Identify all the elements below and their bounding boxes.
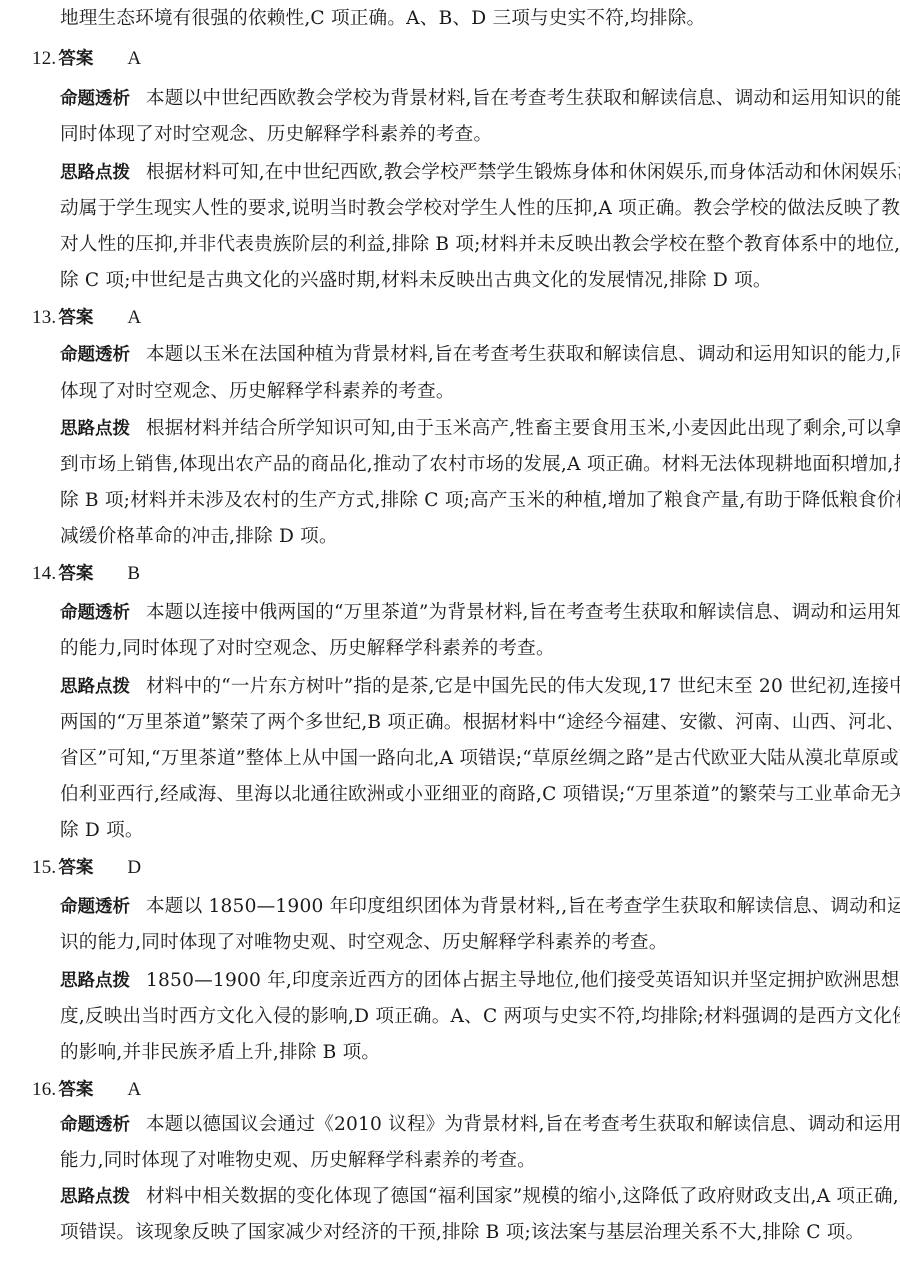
question-number: 12. (32, 48, 56, 69)
hint-label: 思路点拨 (60, 1187, 130, 1207)
answer-choice: A (127, 1079, 141, 1100)
q14-hint-line-5: 除 D 项。 (60, 816, 884, 846)
q15-answer-line: 15.答案D (32, 853, 884, 883)
answer-choice: A (127, 48, 141, 69)
hint-text: 根据材料并结合所学知识可知,由于玉米高产,牲畜主要食用玉米,小麦因此出现了剩余,… (146, 418, 900, 439)
hint-label: 思路点拨 (60, 971, 130, 991)
question-number: 14. (32, 563, 56, 584)
q13-hint-line-2: 到市场上销售,体现出农产品的商品化,推动了农村市场的发展,A 项正确。材料无法体… (60, 450, 884, 480)
q14-answer-line: 14.答案B (32, 559, 884, 589)
answer-choice: B (127, 563, 140, 584)
answer-label: 答案 (58, 564, 93, 584)
q13-analysis-line-2: 体现了对时空观念、历史解释学科素养的考查。 (60, 377, 884, 407)
answer-label: 答案 (58, 49, 93, 69)
analysis-text: 本题以中世纪西欧教会学校为背景材料,旨在考查考生获取和解读信息、调动和运用知识的… (146, 88, 900, 109)
q12-answer-line: 12.答案A (32, 44, 884, 74)
q15-hint-line-1: 思路点拨1850—1900 年,印度亲近西方的团体占据主导地位,他们接受英语知识… (60, 966, 884, 996)
hint-text: 1850—1900 年,印度亲近西方的团体占据主导地位,他们接受英语知识并坚定拥… (146, 970, 900, 991)
q13-hint-line-3: 除 B 项;材料并未涉及农村的生产方式,排除 C 项;高产玉米的种植,增加了粮食… (60, 486, 884, 516)
q12-hint-line-3: 对人性的压抑,并非代表贵族阶层的利益,排除 B 项;材料并未反映出教会学校在整个… (60, 230, 884, 260)
q13-hint-line-1: 思路点拨根据材料并结合所学知识可知,由于玉米高产,牲畜主要食用玉米,小麦因此出现… (60, 414, 884, 444)
question-number: 16. (32, 1079, 56, 1100)
q14-hint-line-3: 省区”可知,“万里茶道”整体上从中国一路向北,A 项错误;“草原丝绸之路”是古代… (60, 744, 884, 774)
q15-analysis-line-1: 命题透析本题以 1850—1900 年印度组织团体为背景材料,,旨在考查学生获取… (60, 892, 884, 922)
q12-analysis-line-2: 同时体现了对时空观念、历史解释学科素养的考查。 (60, 120, 884, 150)
q12-hint-line-1: 思路点拨根据材料可知,在中世纪西欧,教会学校严禁学生锻炼身体和休闲娱乐,而身体活… (60, 158, 884, 188)
answer-key-page: 地理生态环境有很强的依赖性,C 项正确。A、B、D 三项与史实不符,均排除。 1… (0, 0, 900, 1284)
q15-hint-line-3: 的影响,并非民族矛盾上升,排除 B 项。 (60, 1038, 884, 1068)
q12-hint-line-2: 动属于学生现实人性的要求,说明当时教会学校对学生人性的压抑,A 项正确。教会学校… (60, 194, 884, 224)
hint-text: 材料中相关数据的变化体现了德国“福利国家”规模的缩小,这降低了政府财政支出,A … (146, 1186, 900, 1207)
analysis-label: 命题透析 (60, 345, 130, 365)
analysis-text: 本题以德国议会通过《2010 议程》为背景材料,旨在考查考生获取和解读信息、调动… (146, 1114, 900, 1135)
analysis-label: 命题透析 (60, 89, 130, 109)
q13-answer-line: 13.答案A (32, 303, 884, 333)
q15-analysis-line-2: 识的能力,同时体现了对唯物史观、时空观念、历史解释学科素养的考查。 (60, 928, 884, 958)
analysis-label: 命题透析 (60, 1115, 130, 1135)
q12-analysis-line-1: 命题透析本题以中世纪西欧教会学校为背景材料,旨在考查考生获取和解读信息、调动和运… (60, 84, 884, 114)
continuation-line: 地理生态环境有很强的依赖性,C 项正确。A、B、D 三项与史实不符,均排除。 (60, 4, 884, 34)
q14-hint-line-1: 思路点拨材料中的“一片东方树叶”指的是茶,它是中国先民的伟大发现,17 世纪末至… (60, 672, 884, 702)
answer-label: 答案 (58, 858, 93, 878)
hint-text: 材料中的“一片东方树叶”指的是茶,它是中国先民的伟大发现,17 世纪末至 20 … (146, 676, 900, 697)
answer-choice: D (127, 857, 141, 878)
q14-hint-line-4: 伯利亚西行,经咸海、里海以北通往欧洲或小亚细亚的商路,C 项错误;“万里茶道”的… (60, 780, 884, 810)
hint-label: 思路点拨 (60, 419, 130, 439)
q14-analysis-line-2: 的能力,同时体现了对时空观念、历史解释学科素养的考查。 (60, 634, 884, 664)
analysis-label: 命题透析 (60, 603, 130, 623)
hint-text: 根据材料可知,在中世纪西欧,教会学校严禁学生锻炼身体和休闲娱乐,而身体活动和休闲… (146, 162, 900, 183)
analysis-text: 本题以玉米在法国种植为背景材料,旨在考查考生获取和解读信息、调动和运用知识的能力… (146, 344, 900, 365)
question-number: 13. (32, 307, 56, 328)
answer-label: 答案 (58, 308, 93, 328)
q14-analysis-line-1: 命题透析本题以连接中俄两国的“万里茶道”为背景材料,旨在考查考生获取和解读信息、… (60, 598, 884, 628)
q16-analysis-line-1: 命题透析本题以德国议会通过《2010 议程》为背景材料,旨在考查考生获取和解读信… (60, 1110, 884, 1140)
analysis-text: 本题以 1850—1900 年印度组织团体为背景材料,,旨在考查学生获取和解读信… (146, 896, 900, 917)
q15-hint-line-2: 度,反映出当时西方文化入侵的影响,D 项正确。A、C 两项与史实不符,均排除;材… (60, 1002, 884, 1032)
q13-hint-line-4: 减缓价格革命的冲击,排除 D 项。 (60, 522, 884, 552)
analysis-text: 本题以连接中俄两国的“万里茶道”为背景材料,旨在考查考生获取和解读信息、调动和运… (146, 602, 900, 623)
q16-hint-line-1: 思路点拨材料中相关数据的变化体现了德国“福利国家”规模的缩小,这降低了政府财政支… (60, 1182, 884, 1212)
q12-hint-line-4: 除 C 项;中世纪是古典文化的兴盛时期,材料未反映出古典文化的发展情况,排除 D… (60, 266, 884, 296)
q16-analysis-line-2: 能力,同时体现了对唯物史观、历史解释学科素养的考查。 (60, 1146, 884, 1176)
answer-choice: A (127, 307, 141, 328)
q13-analysis-line-1: 命题透析本题以玉米在法国种植为背景材料,旨在考查考生获取和解读信息、调动和运用知… (60, 340, 884, 370)
q16-answer-line: 16.答案A (32, 1075, 884, 1105)
answer-label: 答案 (58, 1080, 93, 1100)
q14-hint-line-2: 两国的“万里茶道”繁荣了两个多世纪,B 项正确。根据材料中“途经今福建、安徽、河… (60, 708, 884, 738)
q16-hint-line-2: 项错误。该现象反映了国家减少对经济的干预,排除 B 项;该法案与基层治理关系不大… (60, 1218, 884, 1248)
hint-label: 思路点拨 (60, 163, 130, 183)
hint-label: 思路点拨 (60, 677, 130, 697)
analysis-label: 命题透析 (60, 897, 130, 917)
question-number: 15. (32, 857, 56, 878)
